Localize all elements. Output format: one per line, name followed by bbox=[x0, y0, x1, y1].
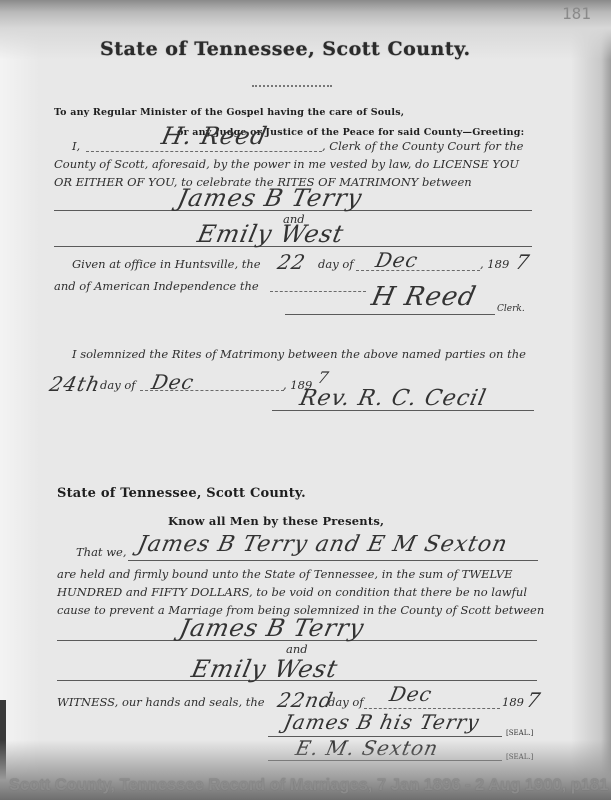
given-month-handwritten: Dec bbox=[373, 248, 420, 272]
witness-day-of-label: day of bbox=[328, 695, 364, 709]
greeting-line-1: To any Regular Minister of the Gospel ha… bbox=[54, 107, 404, 118]
clerk-name-handwritten: H. Reed bbox=[159, 122, 270, 150]
clerk-label: Clerk. bbox=[497, 304, 525, 314]
bride-name-handwritten: Emily West bbox=[195, 220, 347, 248]
license-title: State of Tennessee, Scott County. bbox=[100, 38, 471, 60]
independence-line bbox=[270, 291, 366, 292]
obligors-line bbox=[128, 560, 538, 561]
clerk-signature-line bbox=[285, 314, 495, 315]
clerk-prefix: I, bbox=[72, 139, 80, 153]
witness-month-line bbox=[364, 708, 500, 709]
witness-label: WITNESS, our hands and seals, the bbox=[57, 695, 265, 709]
witness-day-handwritten: 22nd bbox=[275, 688, 335, 712]
groom-name-handwritten: James B Terry bbox=[175, 184, 365, 212]
license-body-line-1: , Clerk of the County Court for the bbox=[322, 139, 523, 153]
signature-1-handwritten: James B his Terry bbox=[281, 710, 481, 734]
license-body-line-2: County of Scott, aforesaid, by the power… bbox=[54, 157, 519, 171]
title-flourish bbox=[252, 82, 332, 87]
seal-label-1: [SEAL.] bbox=[506, 729, 533, 737]
clerk-name-line bbox=[86, 151, 322, 152]
archive-caption: Scott County, Tennessee Record of Marria… bbox=[9, 776, 608, 795]
clerk-signature-handwritten: H Reed bbox=[369, 282, 479, 312]
obligors-handwritten: James B Terry and E M Sexton bbox=[135, 532, 510, 557]
bond-body-line-1: are held and firmly bound unto the State… bbox=[57, 567, 513, 581]
witness-month-handwritten: Dec bbox=[387, 682, 434, 706]
witness-year-prefix: 189 bbox=[502, 695, 524, 709]
bond-and-label: and bbox=[286, 642, 308, 656]
solemnization-day-of-label: day of bbox=[100, 378, 136, 392]
given-day-handwritten: 22 bbox=[275, 250, 308, 274]
solemnization-day-handwritten: 24th bbox=[47, 372, 102, 396]
bond-subtitle: Know all Men by these Presents, bbox=[168, 514, 384, 528]
solemnization-month-handwritten: Dec bbox=[149, 370, 196, 394]
year-prefix: , 189 bbox=[480, 257, 509, 271]
bond-body-line-2: HUNDRED and FIFTY DOLLARS, to be void on… bbox=[57, 585, 527, 599]
independence-label: and of American Independence the bbox=[54, 279, 259, 293]
bond-title: State of Tennessee, Scott County. bbox=[57, 486, 306, 501]
bond-groom-handwritten: James B Terry bbox=[177, 614, 367, 642]
officiant-signature-handwritten: Rev. R. C. Cecil bbox=[297, 386, 489, 411]
page-number: 181 bbox=[562, 4, 591, 23]
bond-bride-handwritten: Emily West bbox=[189, 655, 341, 683]
solemnization-statement: I solemnized the Rites of Matrimony betw… bbox=[72, 347, 526, 361]
that-we-label: That we, bbox=[76, 545, 127, 559]
day-of-label: day of bbox=[318, 257, 354, 271]
given-at-office-label: Given at office in Huntsville, the bbox=[72, 257, 261, 271]
